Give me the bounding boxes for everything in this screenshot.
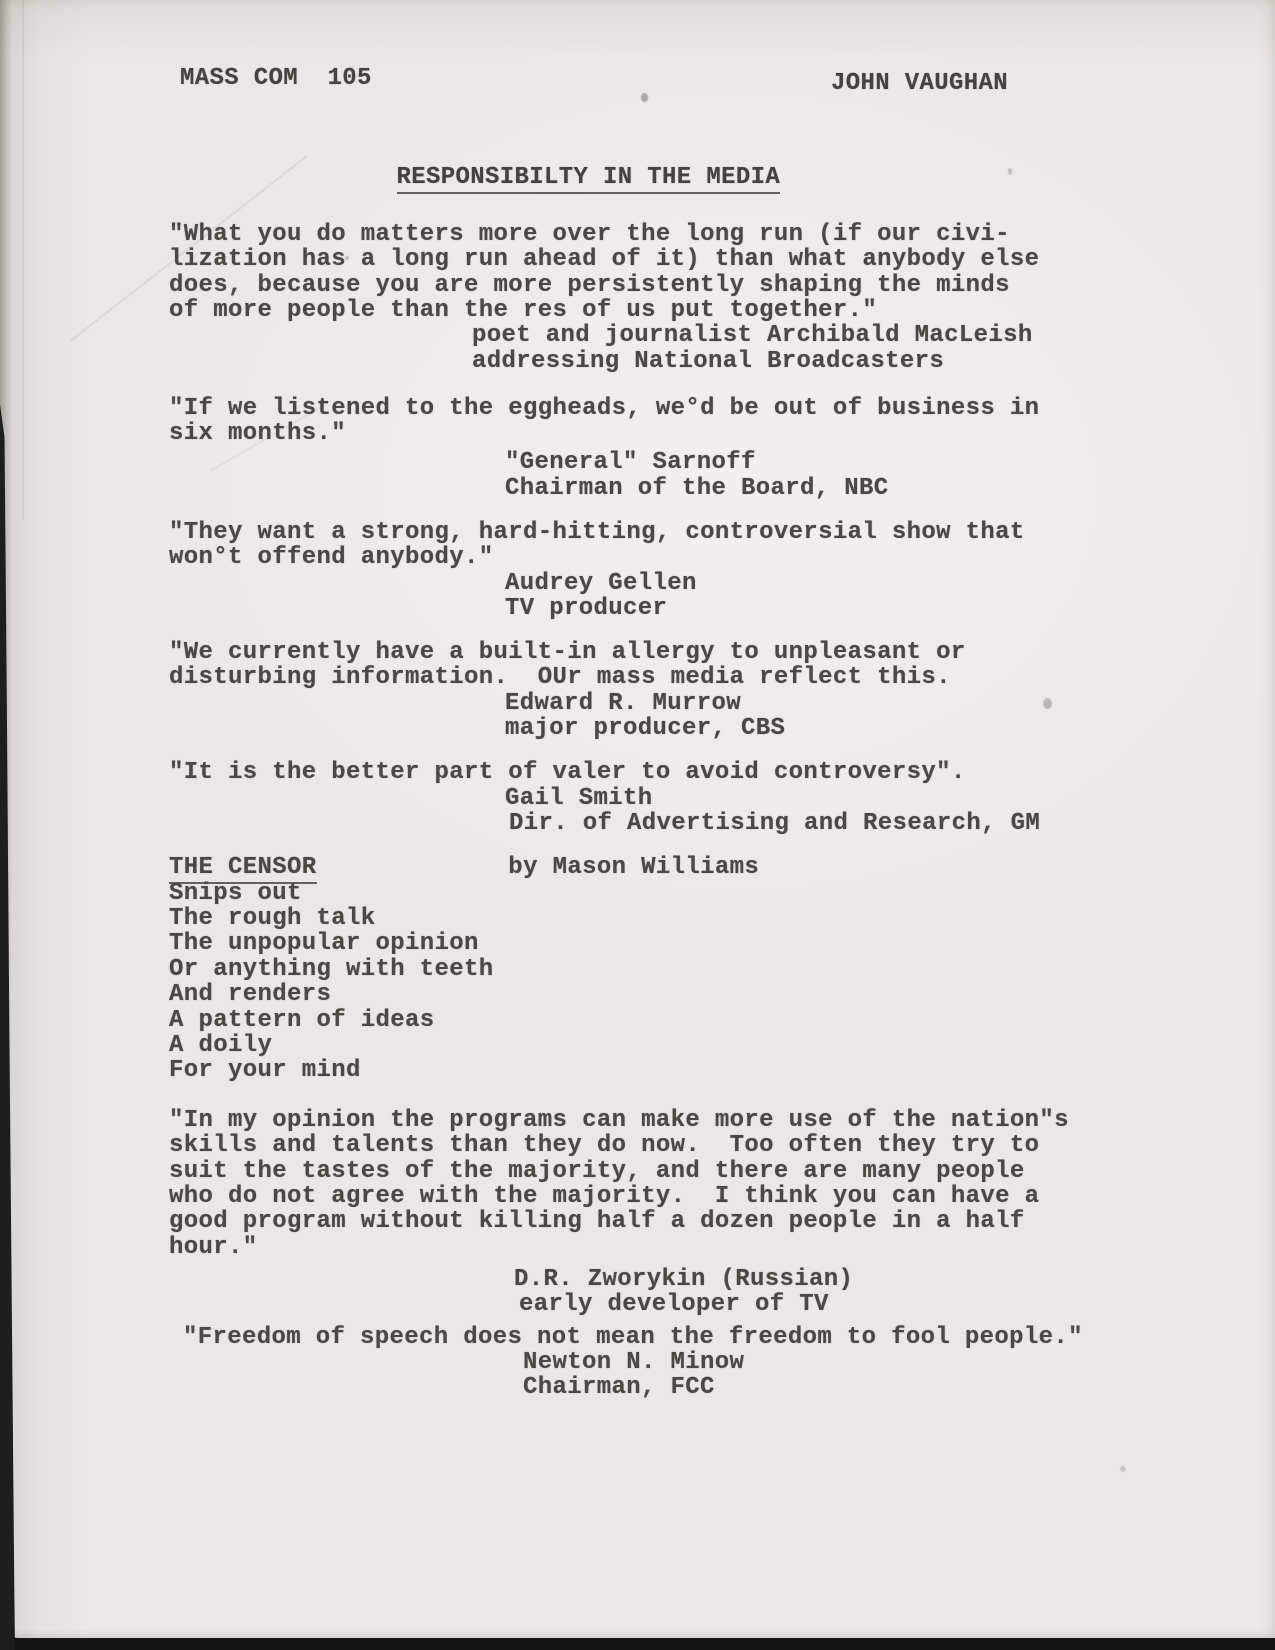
text-line: Newton N. Minow xyxy=(523,1350,744,1375)
text-line: TV producer xyxy=(505,596,667,621)
text-line: six months." xyxy=(169,421,346,446)
text-line: Or anything with teeth xyxy=(169,957,494,982)
paper-crease xyxy=(22,0,24,520)
scan-speck xyxy=(641,93,648,102)
scan-speck xyxy=(1043,698,1052,709)
text-line: addressing National Broadcasters xyxy=(472,349,944,374)
text-line: For your mind xyxy=(169,1058,361,1083)
text-line: "If we listened to the eggheads, we°d be… xyxy=(169,396,1039,421)
text-line: "In my opinion the programs can make mor… xyxy=(169,1108,1069,1133)
text-line: skills and talents than they do now. Too… xyxy=(169,1133,1039,1158)
text-line: who do not agree with the majority. I th… xyxy=(169,1184,1039,1209)
text-line: The rough talk xyxy=(169,906,376,931)
text-line: THE CENSOR by Mason Williams xyxy=(169,855,759,880)
text-line: "Freedom of speech does not mean the fre… xyxy=(183,1325,1083,1350)
page-title: RESPONSIBILTY IN THE MEDIA xyxy=(367,140,780,191)
text-line: "It is the better part of valer to avoid… xyxy=(169,760,966,785)
author-name: JOHN VAUGHAN xyxy=(831,71,1008,96)
text-line: Dir. of Advertising and Research, GM xyxy=(509,811,1040,836)
text-line: "What you do matters more over the long … xyxy=(169,222,1010,247)
text-line: poet and journalist Archibald MacLeish xyxy=(472,323,1033,348)
text-line: of more people than the res of us put to… xyxy=(169,298,877,323)
text-line: A pattern of ideas xyxy=(169,1008,435,1033)
course-code: MASS COM 105 xyxy=(180,66,372,91)
text-line: Snips out xyxy=(169,881,302,906)
text-line: lization has a long run ahead of it) tha… xyxy=(169,247,1039,272)
text-line: good program without killing half a doze… xyxy=(169,1209,1025,1234)
text-line: major producer, CBS xyxy=(505,716,785,741)
text-line: "We currently have a built-in allergy to… xyxy=(169,640,966,665)
scanned-document-page: { "page": { "course": "MASS COM 105", "a… xyxy=(0,0,1275,1650)
text-line: does, because you are more persistently … xyxy=(169,273,1010,298)
text-line: Chairman, FCC xyxy=(523,1375,715,1400)
text-line: hour." xyxy=(169,1235,258,1260)
text-line: suit the tastes of the majority, and the… xyxy=(169,1159,1025,1184)
text-line: And renders xyxy=(169,982,331,1007)
text-line: "General" Sarnoff xyxy=(505,450,756,475)
text-line: D.R. Zworykin (Russian) xyxy=(514,1267,853,1292)
text-segment: by Mason Williams xyxy=(317,854,760,881)
text-line: early developer of TV xyxy=(519,1292,829,1317)
scan-speck xyxy=(1008,168,1012,175)
text-line: Edward R. Murrow xyxy=(505,691,741,716)
text-line: A doily xyxy=(169,1033,272,1058)
text-line: The unpopular opinion xyxy=(169,931,479,956)
page-title-text: RESPONSIBILTY IN THE MEDIA xyxy=(397,164,781,194)
text-line: Gail Smith xyxy=(505,786,653,811)
text-line: "They want a strong, hard-hitting, contr… xyxy=(169,520,1025,545)
text-line: Audrey Gellen xyxy=(505,571,697,596)
text-line: Chairman of the Board, NBC xyxy=(505,476,889,501)
text-line: disturbing information. OUr mass media r… xyxy=(169,665,951,690)
text-line: won°t offend anybody." xyxy=(169,545,494,570)
scan-speck xyxy=(1120,1466,1126,1472)
